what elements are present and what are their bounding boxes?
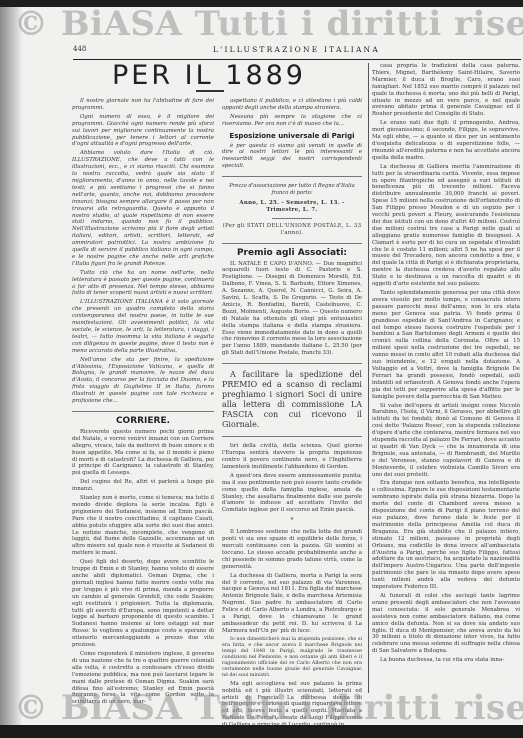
corriere-paragraph: La duchessa di Galliera merita l'ammiraz… bbox=[372, 164, 520, 288]
page-number: 448 bbox=[73, 45, 86, 53]
corriere-paragraph: Si valse dell'opera di artisti insigni c… bbox=[372, 403, 520, 479]
corriere-paragraph: Riceverete questo numero pochi giorni pr… bbox=[72, 429, 214, 477]
newspaper-page: © BiASA Tutti i diritti riservati 448 L'… bbox=[0, 7, 523, 725]
page-header: 448 L'ILLUSTRAZIONE ITALIANA bbox=[73, 45, 521, 60]
exposition-text: è per questa ci siamo già venuti in quel… bbox=[222, 143, 362, 171]
column-1: Il nostro giornale non ha l'abitudine di… bbox=[72, 98, 214, 708]
intro-paragraph: Il nostro giornale non ha l'abitudine di… bbox=[72, 98, 214, 112]
column-2: aspettano il pubblico, e ci attestano i … bbox=[222, 98, 362, 725]
intro-continuation: Nessuna più sempre la stagione che ci ri… bbox=[222, 114, 362, 128]
page-binding-edge bbox=[0, 7, 22, 725]
corriere-paragraph: tiri della civiltà, della scienza. Quel … bbox=[222, 443, 362, 471]
corriere-paragraph: Stanley non è morto, come si temeva; ma … bbox=[72, 495, 214, 557]
intro-paragraph: L'ILLUSTRAZIONE ITALIANA è il solo giorn… bbox=[72, 299, 214, 354]
section-divider bbox=[222, 243, 362, 244]
quotation-paragraph: Io non dimenticherò mai la stupenda posi… bbox=[222, 637, 362, 679]
intro-paragraph: Abbiamo voluto dare l'Italia di ciò, ILL… bbox=[72, 150, 214, 267]
postal-union-price: (Per gli STATI DELL'UNIONE POSTALE, L. 3… bbox=[222, 223, 362, 237]
title-ornament bbox=[196, 90, 224, 92]
corriere-paragraph: Le erano nati due figli: il primogenito,… bbox=[372, 120, 520, 161]
corriere-paragraph: Il Lombroso sostiene che nella lotta dei… bbox=[222, 529, 362, 570]
corriere-paragraph: A quest'ora deve essere ammessamente pun… bbox=[222, 473, 362, 514]
corriere-paragraph: Ai funerali di colei che asciugò tante l… bbox=[372, 593, 520, 655]
viewer-bottom-bar bbox=[0, 725, 523, 738]
corriere-paragraph: La buona duchessa, la cui vita era stata… bbox=[372, 657, 520, 664]
premio-note: A facilitare la spedizione del PREMIO ed… bbox=[222, 370, 362, 430]
subscription-prices: Anno, L. 25. - Semestre, L. 13. - Trimes… bbox=[222, 200, 362, 214]
corriere-paragraph: Tanto splendidamente generosa per una ci… bbox=[372, 290, 520, 401]
intro-paragraph: Nell'anno che sta per finire, la spedizi… bbox=[72, 357, 214, 405]
premio-text: IL NATALE E CAPO D'ANNO. — Due magnifici… bbox=[222, 261, 362, 358]
section-divider bbox=[72, 411, 214, 412]
intro-paragraph: Tutto ciò che ha un nome nell'arte, nell… bbox=[72, 270, 214, 298]
small-divider bbox=[272, 218, 312, 219]
corriere-paragraph: casa propria le tradizioni della casa pa… bbox=[372, 63, 520, 118]
watermark-bottom: © BiASA Tutti i diritti riservati bbox=[14, 688, 523, 725]
corriere-paragraph: Era dunque non soltanto benefica, ma int… bbox=[372, 480, 520, 591]
asterisk-separator: * bbox=[222, 518, 362, 525]
section-divider bbox=[222, 176, 362, 177]
premio-title: Premio agli Associati: bbox=[222, 250, 362, 257]
column-3: casa propria le tradizioni della casa pa… bbox=[372, 63, 520, 666]
corriere-title: CORRIERE. bbox=[72, 418, 214, 425]
viewer-top-bar bbox=[0, 0, 523, 7]
column-rule bbox=[368, 63, 369, 693]
article-title: PER IL 1889 bbox=[112, 60, 306, 91]
intro-continuation: aspettano il pubblico, e ci attestano i … bbox=[222, 98, 362, 112]
section-divider bbox=[222, 363, 362, 364]
intro-paragraph: Ogni numero di esso, è il migliore dei p… bbox=[72, 114, 214, 149]
corriere-paragraph: La duchessa di Galliera, morta a Parigi … bbox=[222, 573, 362, 635]
subscription-label: Prezzo d'associazione per tutto il Regno… bbox=[222, 183, 362, 197]
watermark-top: © BiASA Tutti i diritti riservati bbox=[14, 7, 523, 44]
corriere-paragraph: Del cugino del Re, altri vi parlerà a lu… bbox=[72, 479, 214, 493]
running-title: L'ILLUSTRAZIONE ITALIANA bbox=[213, 45, 380, 54]
section-divider bbox=[222, 436, 362, 437]
corriere-paragraph: Quei figli del deserto, dopo avere sconf… bbox=[72, 559, 214, 649]
exposition-title: Esposizione universale di Parigi bbox=[222, 133, 362, 140]
